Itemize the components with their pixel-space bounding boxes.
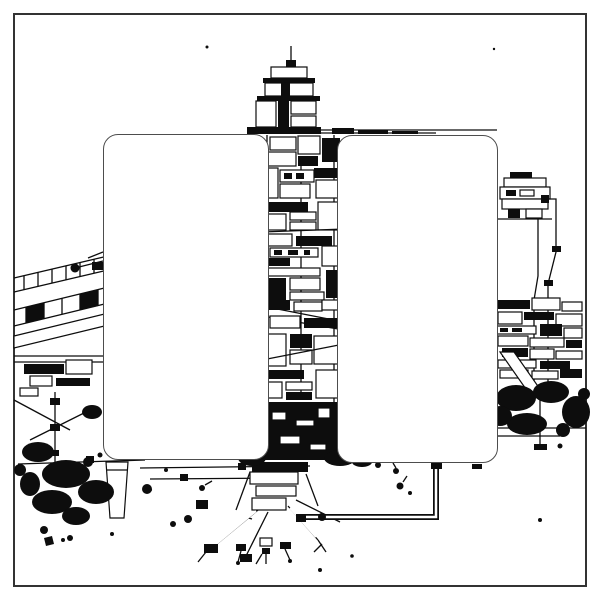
ink-splatter-right: [488, 381, 590, 449]
right-card-content: [338, 136, 497, 462]
right-card[interactable]: [337, 135, 498, 463]
left-card-content: [104, 135, 268, 459]
left-card[interactable]: [103, 134, 269, 460]
tower-top: [206, 46, 498, 135]
canvas: [0, 0, 600, 600]
illustration: [0, 0, 600, 600]
center-tower-strip: [262, 135, 344, 460]
